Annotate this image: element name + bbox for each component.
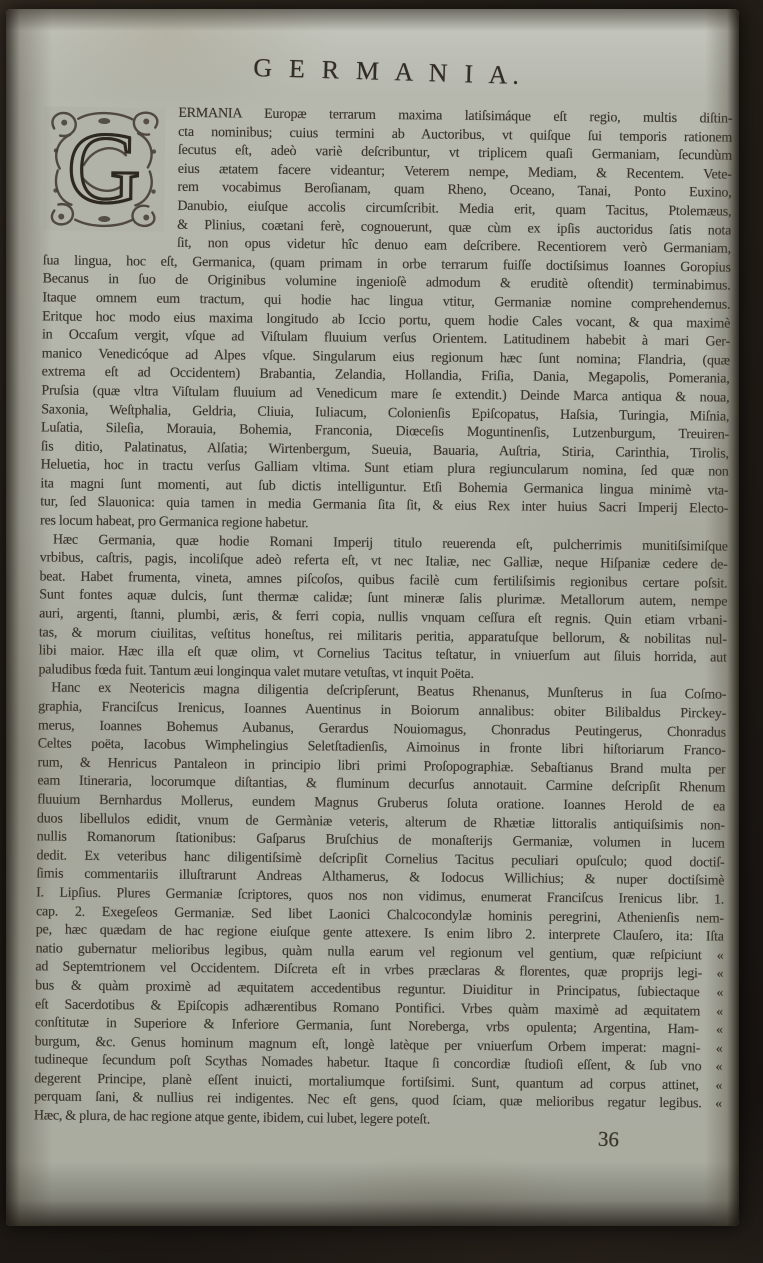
drop-cap: G [43,103,178,244]
drop-cap-ornament-icon: G [43,106,165,231]
body-text: G ERMANIA Europæ terrarum maxima latiſsi… [34,103,733,1133]
book-page: G E R M A N I A. [6,9,739,1226]
page-content: G E R M A N I A. [34,49,733,1133]
page-title: G E R M A N I A. [45,47,734,97]
paragraph-2: Hæc Germania, quæ hodie Romani Imperij t… [38,531,728,687]
paragraph-3: Hanc ex Neotericis magna diligentia deſc… [34,680,727,1133]
drop-cap-letter: G [66,112,141,226]
scanned-book-page-background: { "document": { "title": "G E R M A N I … [0,0,763,1263]
paragraph-1: G ERMANIA Europæ terrarum maxima latiſsi… [40,103,732,538]
page-number: 36 [598,1127,620,1153]
